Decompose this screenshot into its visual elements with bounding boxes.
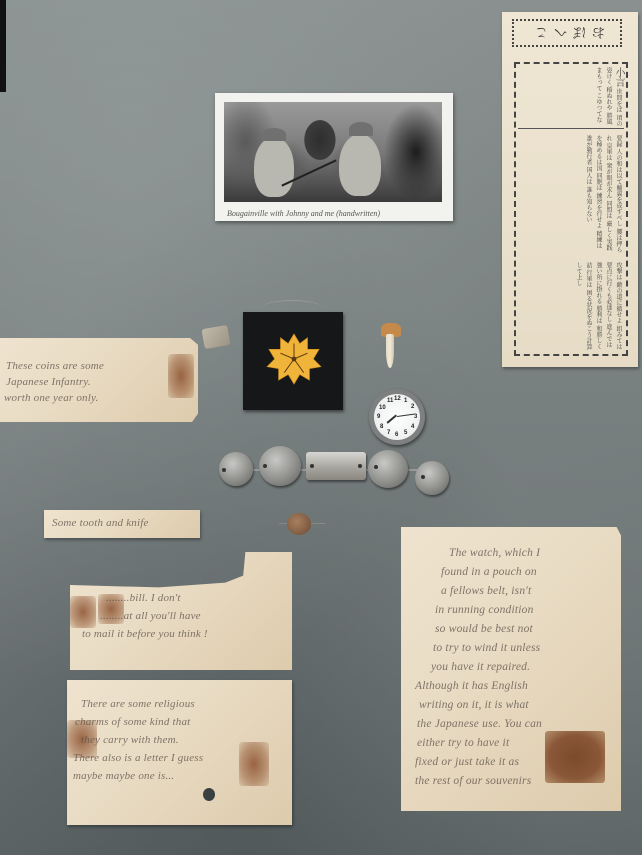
tape-stain xyxy=(70,596,96,628)
id-plate xyxy=(306,452,366,480)
note-line: you have it repaired. xyxy=(431,661,621,673)
bracelet-coin xyxy=(219,452,253,486)
tooth-root xyxy=(386,334,394,368)
soldier-right xyxy=(339,134,381,196)
note-line: Some tooth and knife xyxy=(52,517,200,529)
minute-hand xyxy=(397,413,415,416)
insignia-patch xyxy=(243,312,343,410)
bracelet-coin xyxy=(368,450,408,488)
note-line: the Japanese use. You can xyxy=(417,718,621,730)
watch-numeral: 8 xyxy=(380,424,383,430)
helmet-right-icon xyxy=(349,122,373,136)
leaflet-mid-col-2: 皇軍は 衆が眼が求ん xyxy=(605,143,612,199)
watch-numeral: 4 xyxy=(411,424,414,430)
leaflet-mid-col-4: 同胞は 練習を行せよ xyxy=(595,173,602,229)
watch-numeral: 9 xyxy=(377,414,380,420)
leaflet-divider xyxy=(518,128,624,129)
note-line: There are some religious xyxy=(81,698,292,710)
watch-numeral: 11 xyxy=(387,398,393,404)
watch-numeral: 12 xyxy=(394,396,401,402)
note-left-top: These coins are some Japanese Infantry. … xyxy=(0,338,198,422)
note-line: The watch, which I xyxy=(449,547,621,559)
photo-caption: Bougainville with Johnny and me (handwri… xyxy=(227,209,380,218)
helmet-left-icon xyxy=(262,128,286,141)
bracelet-coin xyxy=(415,461,449,495)
small-copper-coin xyxy=(287,513,311,535)
photo-image xyxy=(224,102,442,202)
watch-numeral: 6 xyxy=(395,432,398,438)
leaflet-mid-col-0: 要録 人の和は以て輔翼を成すべし xyxy=(615,135,622,227)
cherry-blossom-icon xyxy=(265,330,323,388)
note-line: charms of some kind that xyxy=(75,716,292,728)
note-line: maybe maybe one is... xyxy=(73,770,292,782)
note-line: to mail it before you think ! xyxy=(82,628,292,640)
note-line: either try to have it xyxy=(417,737,621,749)
leaflet-frame: 小言 世間をば 頃の姿けく 稲ぬれや 勝風まもって こゆつてな 要録 人の和は以… xyxy=(514,62,628,356)
note-line: There also is a letter I guess xyxy=(73,752,292,764)
note-line: Japanese Infantry. xyxy=(6,376,198,388)
note-line: worth one year only. xyxy=(4,392,198,404)
leaflet-bot-col-0: 攻撃は 敵の道に徹せよ xyxy=(615,262,622,324)
leaflet-title: おぼへこ xyxy=(529,24,605,43)
note-line: found in a pouch on xyxy=(441,566,621,578)
leaflet-header: 小言 xyxy=(613,67,624,87)
note-line: ........bill. I don't xyxy=(106,592,292,604)
leaflet-title-box: おぼへこ xyxy=(512,19,622,47)
watch-numeral: 7 xyxy=(387,430,390,436)
note-line: in running condition xyxy=(435,604,621,616)
punch-hole xyxy=(203,788,215,801)
leaflet-top-col-0: 世間をば xyxy=(615,89,622,113)
watch-numeral: 1 xyxy=(404,398,407,404)
note-line: the rest of our souvenirs xyxy=(415,775,621,787)
bracelet-coin xyxy=(259,446,301,486)
note-line: These coins are some xyxy=(6,360,198,372)
watch-numeral: 3 xyxy=(414,414,417,420)
note-line: they carry with them. xyxy=(81,734,292,746)
watch-numeral: 2 xyxy=(411,404,414,410)
watch-numeral: 10 xyxy=(379,405,386,411)
board-frame-edge xyxy=(0,0,6,92)
note-line: fixed or just take it as xyxy=(415,756,621,768)
leaflet-mid-col-6: 国人は 誰も知らない xyxy=(585,167,592,223)
leaflet-top-col-2: 稲ぬれや xyxy=(605,87,612,111)
note-line: ........at all you'll have xyxy=(100,610,292,622)
note-line: writing on it, it is what xyxy=(419,699,621,711)
leaflet-bottom-section: 攻撃は 敵の道に徹せよ 組みては 要点に行くも必達なし 進んでは 強い所に掛れる… xyxy=(516,259,626,357)
note-line: Although it has English xyxy=(415,680,621,692)
note-right: The watch, which I found in a pouch on a… xyxy=(401,527,621,811)
hour-hand xyxy=(387,415,397,424)
leaflet-header-section: 小言 世間をば 頃の姿けく 稲ぬれや 勝風まもって こゆつてな xyxy=(516,64,626,132)
soldier-left xyxy=(254,137,294,197)
note-line: a fellows belt, isn't xyxy=(441,585,621,597)
soldiers-photograph: Bougainville with Johnny and me (handwri… xyxy=(215,93,453,221)
watch-numeral: 5 xyxy=(404,430,407,436)
note-bottom-left: There are some religious charms of some … xyxy=(67,680,292,825)
note-line: to try to wind it unless xyxy=(433,642,621,654)
leaflet-top-col-4: こゆつてな xyxy=(595,93,602,123)
watch-dial: 11 12 1 2 10 3 9 4 8 7 5 6 xyxy=(374,394,420,440)
wristwatch: 11 12 1 2 10 3 9 4 8 7 5 6 xyxy=(369,389,425,445)
note-left-small: Some tooth and knife xyxy=(44,510,200,538)
japanese-leaflet: おぼへこ 小言 世間をば 頃の姿けく 稲ぬれや 勝風まもって こゆつてな 要録 … xyxy=(502,12,638,367)
leaflet-middle-section: 要録 人の和は以て輔翼を成すべし 腰は押られ 皇軍は 衆が眼が求ん 同盟は 厳し… xyxy=(516,132,626,258)
leaflet-bot-col-4: 行軍は 困る状況をぬこう計算して上し xyxy=(575,262,592,350)
note-line: so would be best not xyxy=(435,623,621,635)
